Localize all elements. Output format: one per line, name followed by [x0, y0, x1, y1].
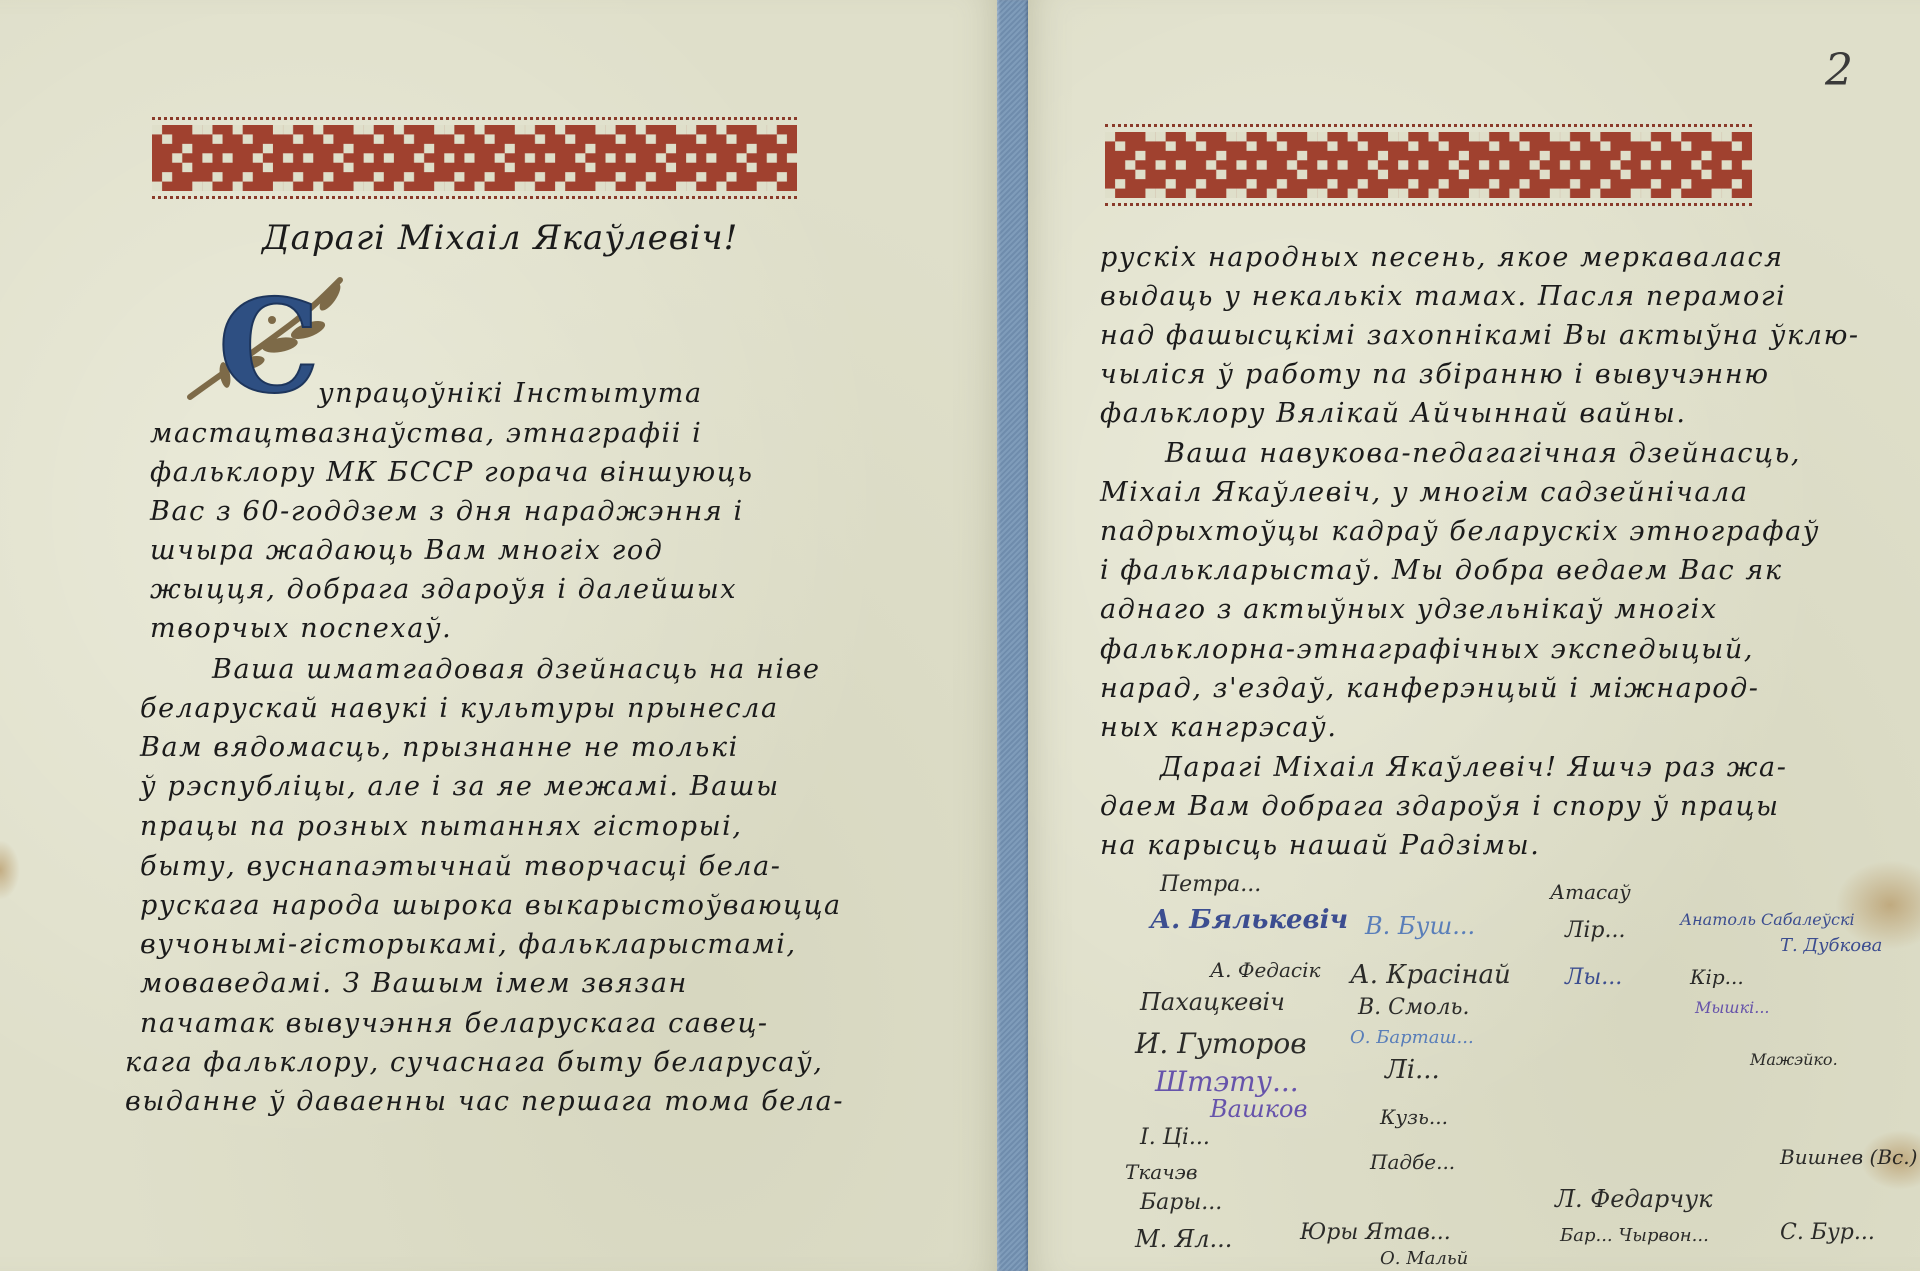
text-line: ных кангрэсаў.	[1100, 712, 1338, 743]
signature: Мышкі...	[1695, 998, 1770, 1017]
text-line: пачатак вывучэння беларускага савец-	[140, 1008, 769, 1039]
text-line: нарад, з'ездаў, канферэнцый і міжнарод-	[1100, 673, 1760, 704]
signature: С. Бур...	[1780, 1220, 1875, 1245]
signature: А. Красінай	[1350, 960, 1511, 990]
greeting-heading: Дарагі Міхаіл Якаўлевіч!	[262, 218, 738, 258]
signature: Ткачэв	[1125, 1160, 1198, 1184]
text-line: рускіх народных песень, якое меркавалася	[1100, 242, 1784, 273]
text-line: фальклору Вялікай Айчыннай вайны.	[1100, 398, 1687, 429]
text-line: на карысць нашай Радзімы.	[1100, 830, 1540, 861]
text-line: падрыхтоўцы кадраў беларускіх этнографаў	[1100, 516, 1820, 547]
signature: Бары...	[1140, 1190, 1222, 1215]
signature: Кузь...	[1380, 1105, 1448, 1129]
signature: М. Ял...	[1135, 1225, 1232, 1253]
signature: О. Мальй	[1380, 1248, 1468, 1269]
text-line: мастацтвазнаўства, этнаграфіі і	[150, 418, 702, 449]
text-line: упрацоўнікі Інстытута	[318, 378, 703, 409]
text-line: фальклору МК БССР горача віншуюць	[150, 457, 754, 488]
signature: Кір...	[1690, 965, 1744, 989]
text-line: выдаць у некалькіх тамах. Пасля перамогі	[1100, 281, 1786, 312]
signature: Анатоль Сабалеўскі	[1680, 910, 1855, 929]
ornament-band-icon	[1105, 132, 1752, 198]
embroidery-ornament-left	[152, 117, 797, 199]
text-line: даем Вам добрага здароўя і спору ў працы	[1100, 791, 1780, 822]
signature: Вишнев (Вс.)	[1780, 1145, 1917, 1169]
signature: Мажэйко.	[1750, 1050, 1838, 1069]
signature: Штэту...	[1155, 1065, 1299, 1098]
signature: Лы...	[1565, 965, 1622, 990]
text-line: рускага народа шырока выкарыстоўваюцца	[140, 890, 842, 921]
signature: Лір...	[1565, 918, 1625, 943]
embroidery-ornament-right	[1105, 124, 1752, 206]
signature: А. Федасік	[1210, 958, 1320, 982]
binding-ribbon	[997, 0, 1028, 1271]
signature: А. Бялькевіч	[1150, 905, 1348, 935]
signature: В. Смоль.	[1358, 995, 1469, 1020]
ornament-band-icon	[152, 125, 797, 191]
text-line: моваведамі. З Вашым імем звязан	[140, 968, 688, 999]
text-line: Вас з 60-годдзем з дня нараджэння і	[150, 496, 744, 527]
text-line: жыцця, добрага здароўя і далейшых	[150, 574, 737, 605]
text-line: Ваша навукова-педагагічная дзейнасць,	[1165, 438, 1801, 469]
text-line: Міхаіл Якаўлевіч, у многім садзейнічала	[1100, 477, 1749, 508]
text-line: беларускай навукі і культуры прынесла	[140, 693, 779, 724]
text-line: аднаго з актыўных удзельнікаў многіх	[1100, 594, 1718, 625]
dotted-border	[152, 117, 797, 120]
text-line: фальклорна-этнаграфічных экспедыцый,	[1100, 634, 1754, 665]
text-line: Ваша шматгадовая дзейнасць на ніве	[212, 654, 821, 685]
signature: І. Ці...	[1140, 1125, 1210, 1150]
signature: Лі...	[1385, 1055, 1440, 1085]
signature: Атасаў	[1550, 880, 1631, 904]
page-number: 2	[1825, 45, 1853, 96]
text-line: кага фальклору, сучаснага быту беларусаў…	[125, 1047, 823, 1078]
text-line: чыліся ў работу па збіранню і вывучэнню	[1100, 359, 1770, 390]
text-line: быту, вуснапаэтычнай творчасці бела-	[140, 851, 782, 882]
signature: И. Гуторов	[1135, 1027, 1307, 1060]
signature: В. Буш...	[1365, 912, 1475, 940]
signature: Падбе...	[1370, 1150, 1455, 1174]
text-line: Вам вядомасць, прызнанне не толькі	[140, 732, 739, 763]
signature: О. Барташ...	[1350, 1027, 1474, 1048]
signature: Бар... Чырвон...	[1560, 1225, 1709, 1246]
dropcap-letter: С	[218, 283, 320, 411]
signature: Л. Федарчук	[1555, 1185, 1712, 1213]
text-line: ў рэспубліцы, але і за яе межамі. Вашы	[140, 771, 780, 802]
text-line: выданне ў даваенны час першага тома бела…	[125, 1086, 844, 1117]
text-line: над фашысцкімі захопнікамі Вы актыўна ўк…	[1100, 320, 1860, 351]
text-line: і фалькларыстаў. Мы добра ведаем Вас як	[1100, 555, 1783, 586]
text-line: Дарагі Міхаіл Якаўлевіч! Яшчэ раз жа-	[1160, 752, 1787, 783]
dotted-border	[152, 196, 797, 199]
signature: Петра...	[1160, 872, 1261, 897]
signature: Юры Ятав...	[1300, 1220, 1451, 1245]
dotted-border	[1105, 124, 1752, 127]
dotted-border	[1105, 203, 1752, 206]
text-line: шчыра жадаюць Вам многіх год	[150, 535, 663, 566]
text-line: працы па розных пытаннях гісторыі,	[140, 811, 743, 842]
signature: Пахацкевіч	[1140, 988, 1285, 1016]
text-line: вучонымі-гісторыкамі, фалькларыстамі,	[140, 929, 797, 960]
text-line: творчых поспехаў.	[150, 613, 452, 644]
signature: Вашков	[1210, 1095, 1307, 1123]
signature: Т. Дубкова	[1780, 935, 1882, 956]
